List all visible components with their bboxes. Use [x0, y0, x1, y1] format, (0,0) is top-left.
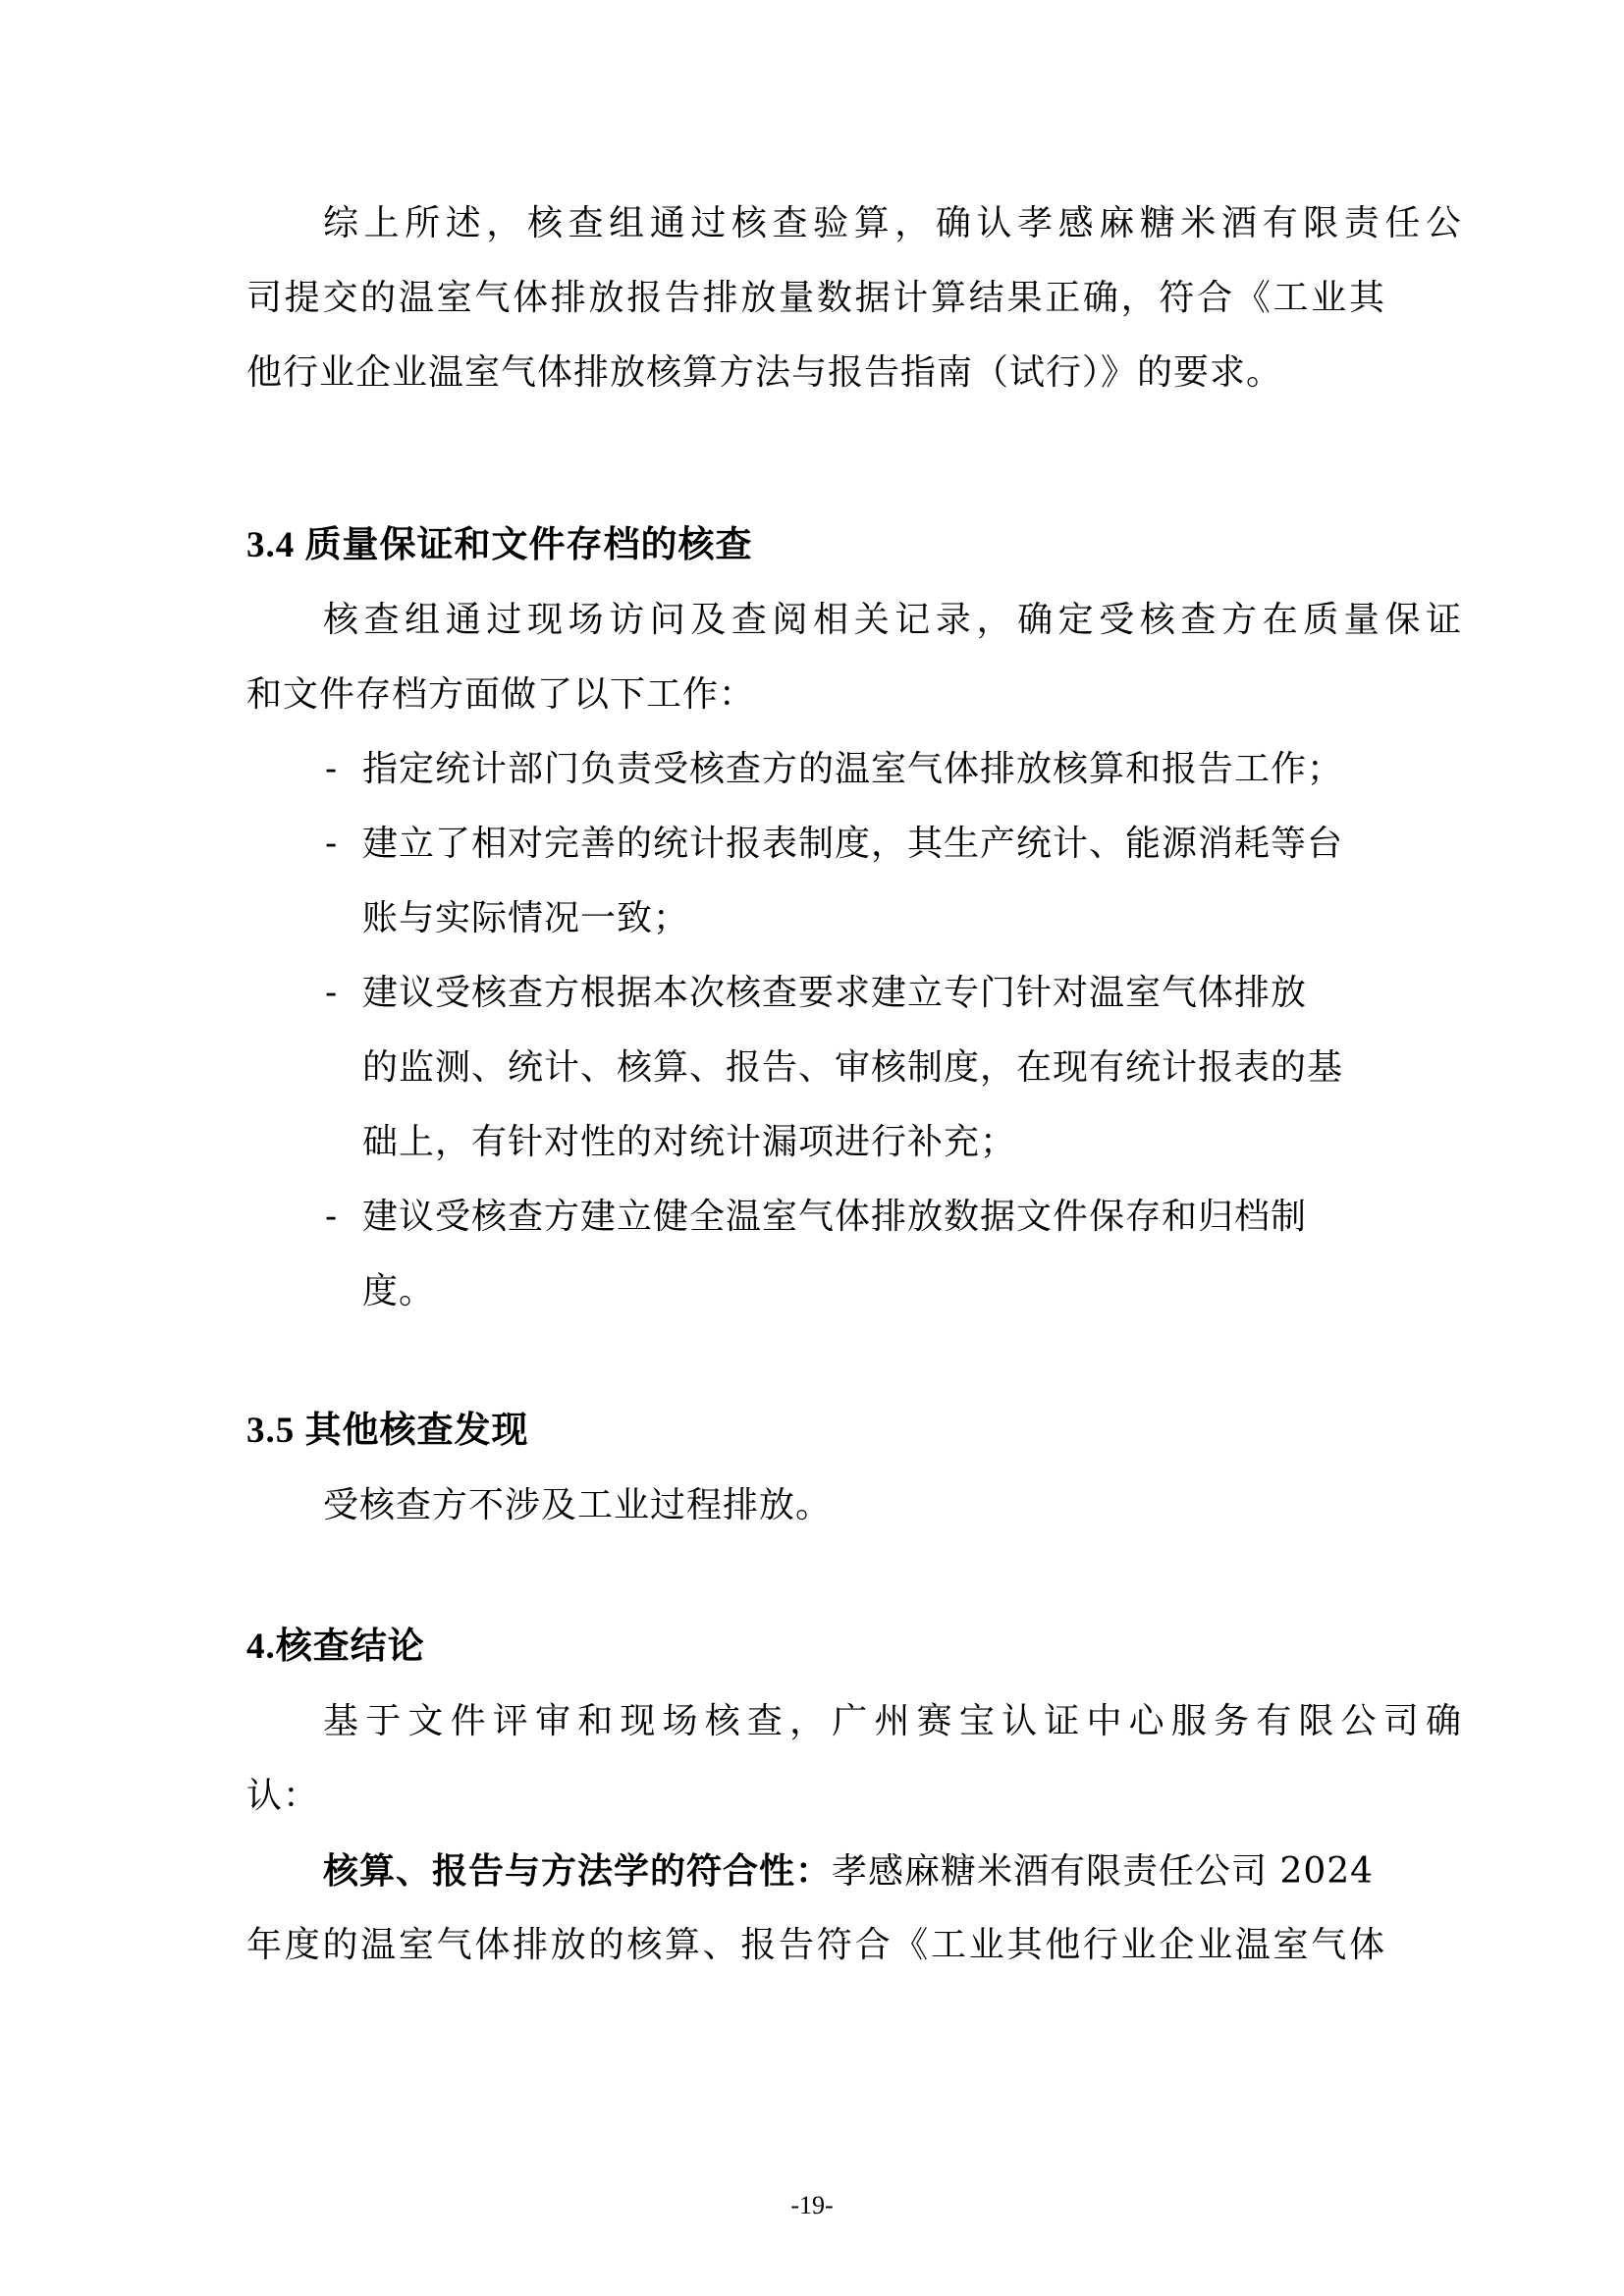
- page-number: -19-: [0, 2191, 1624, 2220]
- bullet-text: 建立了相对完善的统计报表制度，其生产统计、能源消耗等台: [362, 807, 1343, 881]
- bullet-text: 础上，有针对性的对统计漏项进行补充；: [362, 1105, 1016, 1180]
- bullet-text: 指定统计部门负责受核查方的温室气体排放核算和报告工作；: [362, 732, 1343, 807]
- bullet-text: 建议受核查方建立健全温室气体排放数据文件保存和归档制: [362, 1180, 1307, 1255]
- summary-line-2: 司提交的温室气体排放报告排放量数据计算结果正确，符合《工业其: [246, 261, 1385, 336]
- conformity-line-2: 年度的温室气体排放的核算、报告符合《工业其他行业企业温室气体: [246, 1908, 1385, 1983]
- conformity-label: 核算、报告与方法学的符合性：: [323, 1850, 832, 1892]
- section-4-intro-line-1: 基于文件评审和现场核查，广州赛宝认证中心服务有限公司确: [246, 1684, 1462, 1759]
- bullet-dash: -: [325, 956, 354, 1031]
- bullet-continuation: 础上，有针对性的对统计漏项进行补充；: [246, 1105, 1385, 1180]
- section-3-5-body: 受核查方不涉及工业过程排放。: [246, 1468, 1462, 1543]
- bullet-item: - 建议受核查方建立健全温室气体排放数据文件保存和归档制: [246, 1180, 1385, 1255]
- bullet-dash: -: [325, 732, 354, 807]
- conformity-text: 孝感麻糖米酒有限责任公司 2024: [832, 1851, 1374, 1892]
- conformity-line-1: 核算、报告与方法学的符合性：孝感麻糖米酒有限责任公司 2024: [246, 1834, 1462, 1908]
- bullet-item: - 建议受核查方根据本次核查要求建立专门针对温室气体排放: [246, 956, 1385, 1031]
- section-3-4-heading: 3.4 质量保证和文件存档的核查: [246, 508, 1385, 583]
- bullet-continuation: 的监测、统计、核算、报告、审核制度，在现有统计报表的基: [246, 1031, 1385, 1105]
- section-3-5-heading: 3.5 其他核查发现: [246, 1394, 1385, 1468]
- section-4-heading: 4.核查结论: [246, 1610, 1385, 1684]
- bullet-text: 度。: [362, 1255, 435, 1329]
- bullet-item: - 指定统计部门负责受核查方的温室气体排放核算和报告工作；: [246, 732, 1385, 807]
- summary-line-3: 他行业企业温室气体排放核算方法与报告指南（试行）》的要求。: [246, 336, 1385, 410]
- bullet-text: 建议受核查方根据本次核查要求建立专门针对温室气体排放: [362, 956, 1307, 1031]
- bullet-continuation: 账与实际情况一致；: [246, 881, 1385, 956]
- section-3-4-intro-line-2: 和文件存档方面做了以下工作：: [246, 658, 1385, 732]
- bullet-text: 的监测、统计、核算、报告、审核制度，在现有统计报表的基: [362, 1031, 1343, 1105]
- bullet-dash: -: [325, 1180, 354, 1255]
- bullet-dash: -: [325, 807, 354, 881]
- bullet-text: 账与实际情况一致；: [362, 881, 689, 956]
- bullet-item: - 建立了相对完善的统计报表制度，其生产统计、能源消耗等台: [246, 807, 1385, 881]
- bullet-continuation: 度。: [246, 1255, 1385, 1329]
- section-4-intro-line-2: 认：: [246, 1759, 1385, 1834]
- summary-line-1: 综上所述，核查组通过核查验算，确认孝感麻糖米酒有限责任公: [246, 187, 1462, 261]
- section-3-4-intro-line-1: 核查组通过现场访问及查阅相关记录，确定受核查方在质量保证: [246, 583, 1462, 658]
